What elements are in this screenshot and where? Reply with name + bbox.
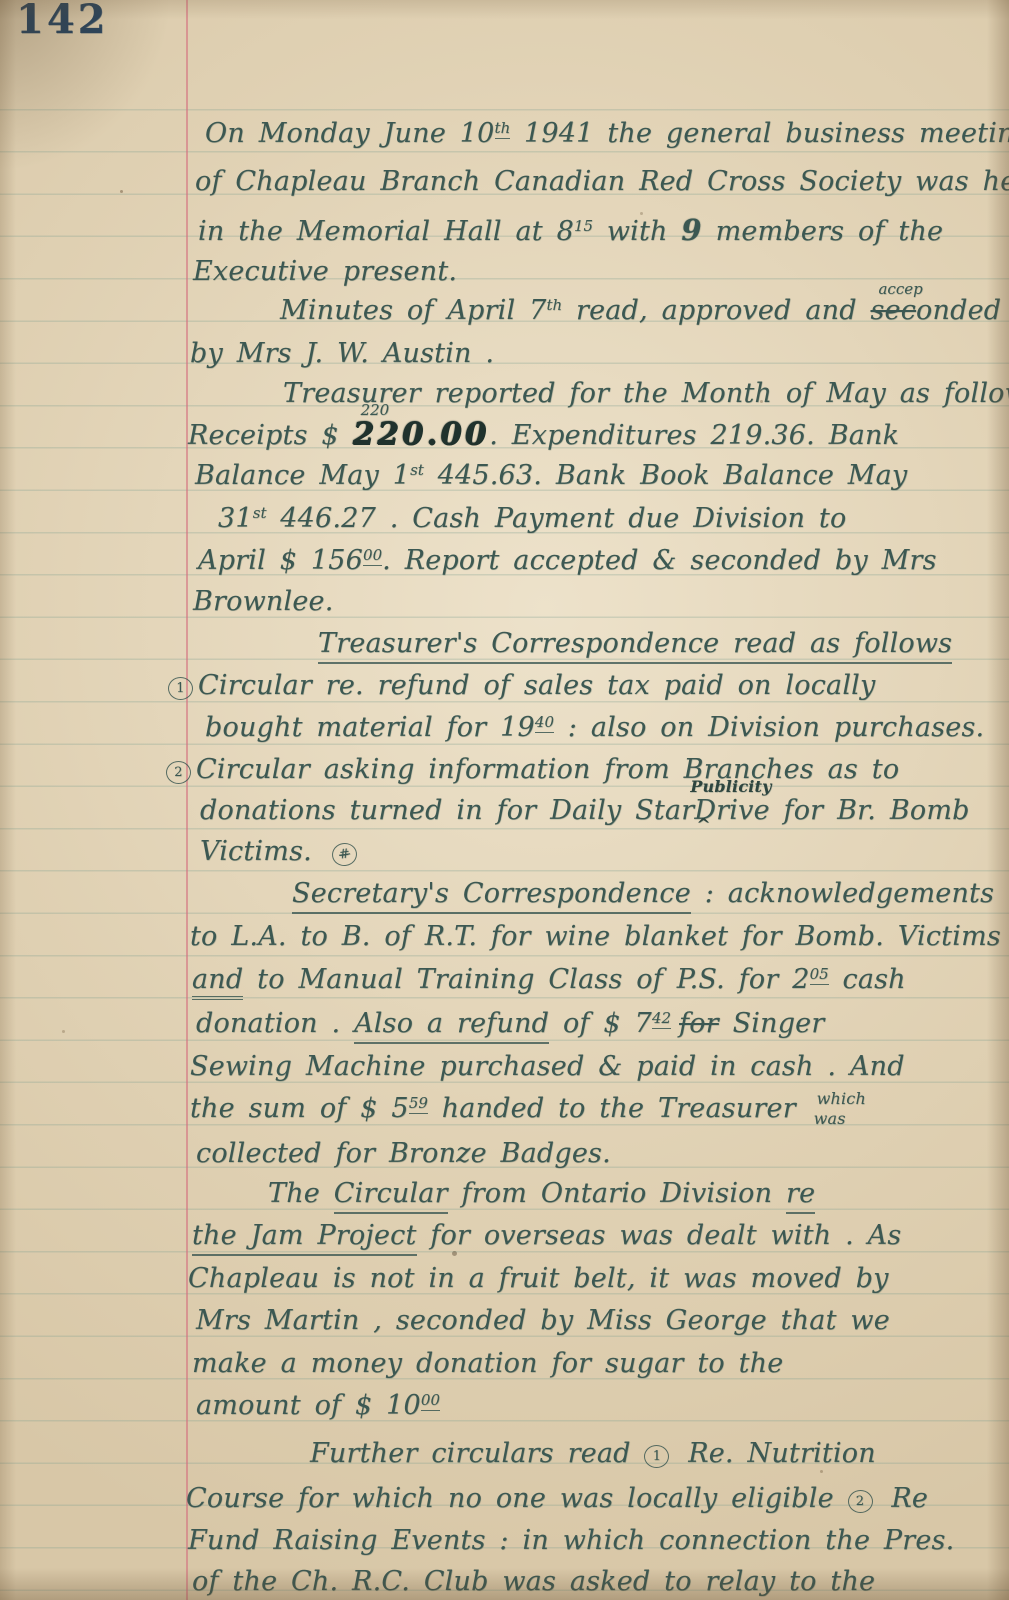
handwriting-line: Receipts $ 220220.00. Expenditures 219.3… [188,418,899,451]
handwriting-line: of the Ch. R.C. Club was asked to relay … [192,1568,875,1596]
struck-symbol: # [330,841,358,867]
handwriting-line: Course for which no one was locally elig… [186,1485,928,1513]
caret-mark: ^ [696,817,710,835]
handwriting-line: of Chapleau Branch Canadian Red Cross So… [195,168,1009,196]
corrected-amount: 220220.00 [353,418,490,451]
handwriting-line: Executive present. [193,258,457,286]
item-number-icon: 2 [848,1490,873,1513]
corrected-word: accepseconded [870,297,1001,325]
handwriting-line: On Monday June 10th 1941 the general bus… [205,120,1009,148]
handwriting-line: 2Circular asking information from Branch… [166,756,899,784]
handwriting-line: bought material for 1940 : also on Divis… [205,714,984,742]
handwriting-heading: Secretary's Correspondence : acknowledge… [292,880,994,908]
inserted-word: Publicity^ Drive for Br. Bomb [694,797,969,825]
handwriting-line: Further circulars read 1 Re. Nutrition [310,1440,876,1468]
handwriting-line: the Jam Project for overseas was dealt w… [192,1222,901,1250]
page-number: 142 [16,0,109,43]
handwriting-line: to L.A. to B. of R.T. for wine blanket f… [190,923,1001,951]
inserted-word: whichwas [814,1104,846,1121]
handwriting-line: Balance May 1st 445.63. Bank Book Balanc… [195,462,907,490]
handwriting-line: Chapleau is not in a fruit belt, it was … [188,1265,889,1293]
item-number-icon: 2 [166,761,191,784]
handwriting-line: Sewing Machine purchased & paid in cash … [190,1053,905,1081]
handwriting-line: Victims. # [200,838,362,866]
handwriting-line: donation . Also a refund of $ 742for Sin… [196,1010,824,1038]
handwriting-line: by Mrs J. W. Austin . [190,340,494,368]
handwriting-line: 31st 446.27 . Cash Payment due Division … [218,505,846,533]
handwriting-line: Fund Raising Events : in which connectio… [188,1527,954,1555]
handwriting-line: 1Circular re. refund of sales tax paid o… [168,672,875,700]
handwriting-line: amount of $ 1000 [196,1392,440,1420]
handwriting-line: Brownlee. [193,588,333,616]
margin-line [186,0,188,1600]
handwriting-line: Treasurer reported for the Month of May … [283,380,1009,408]
ledger-page: 142 On Monday June 10th 1941 the general… [0,0,1009,1600]
handwriting-line: Minutes of April 7th read, approved and … [280,297,1001,325]
handwriting-line: in the Memorial Hall at 815 with 9 membe… [198,215,943,246]
handwriting-line: the sum of $ 559 handed to the Treasurer… [190,1095,846,1123]
handwriting-heading: Treasurer's Correspondence read as follo… [318,630,952,658]
handwriting-line: make a money donation for sugar to the [192,1350,783,1378]
handwriting-line: Mrs Martin , seconded by Miss George tha… [196,1307,890,1335]
paper-speckles [120,190,123,193]
handwriting-line: April $ 15600. Report accepted & seconde… [198,547,937,575]
handwriting-line: donations turned in for Daily StarPublic… [200,797,970,825]
struck-word: for [679,1008,719,1039]
handwriting-line: and to Manual Training Class of P.S. for… [192,966,906,994]
item-number-icon: 1 [644,1445,669,1468]
item-number-icon: 1 [168,677,193,700]
handwriting-line: collected for Bronze Badges. [196,1140,611,1168]
handwriting-line: The Circular from Ontario Division re [268,1180,815,1208]
